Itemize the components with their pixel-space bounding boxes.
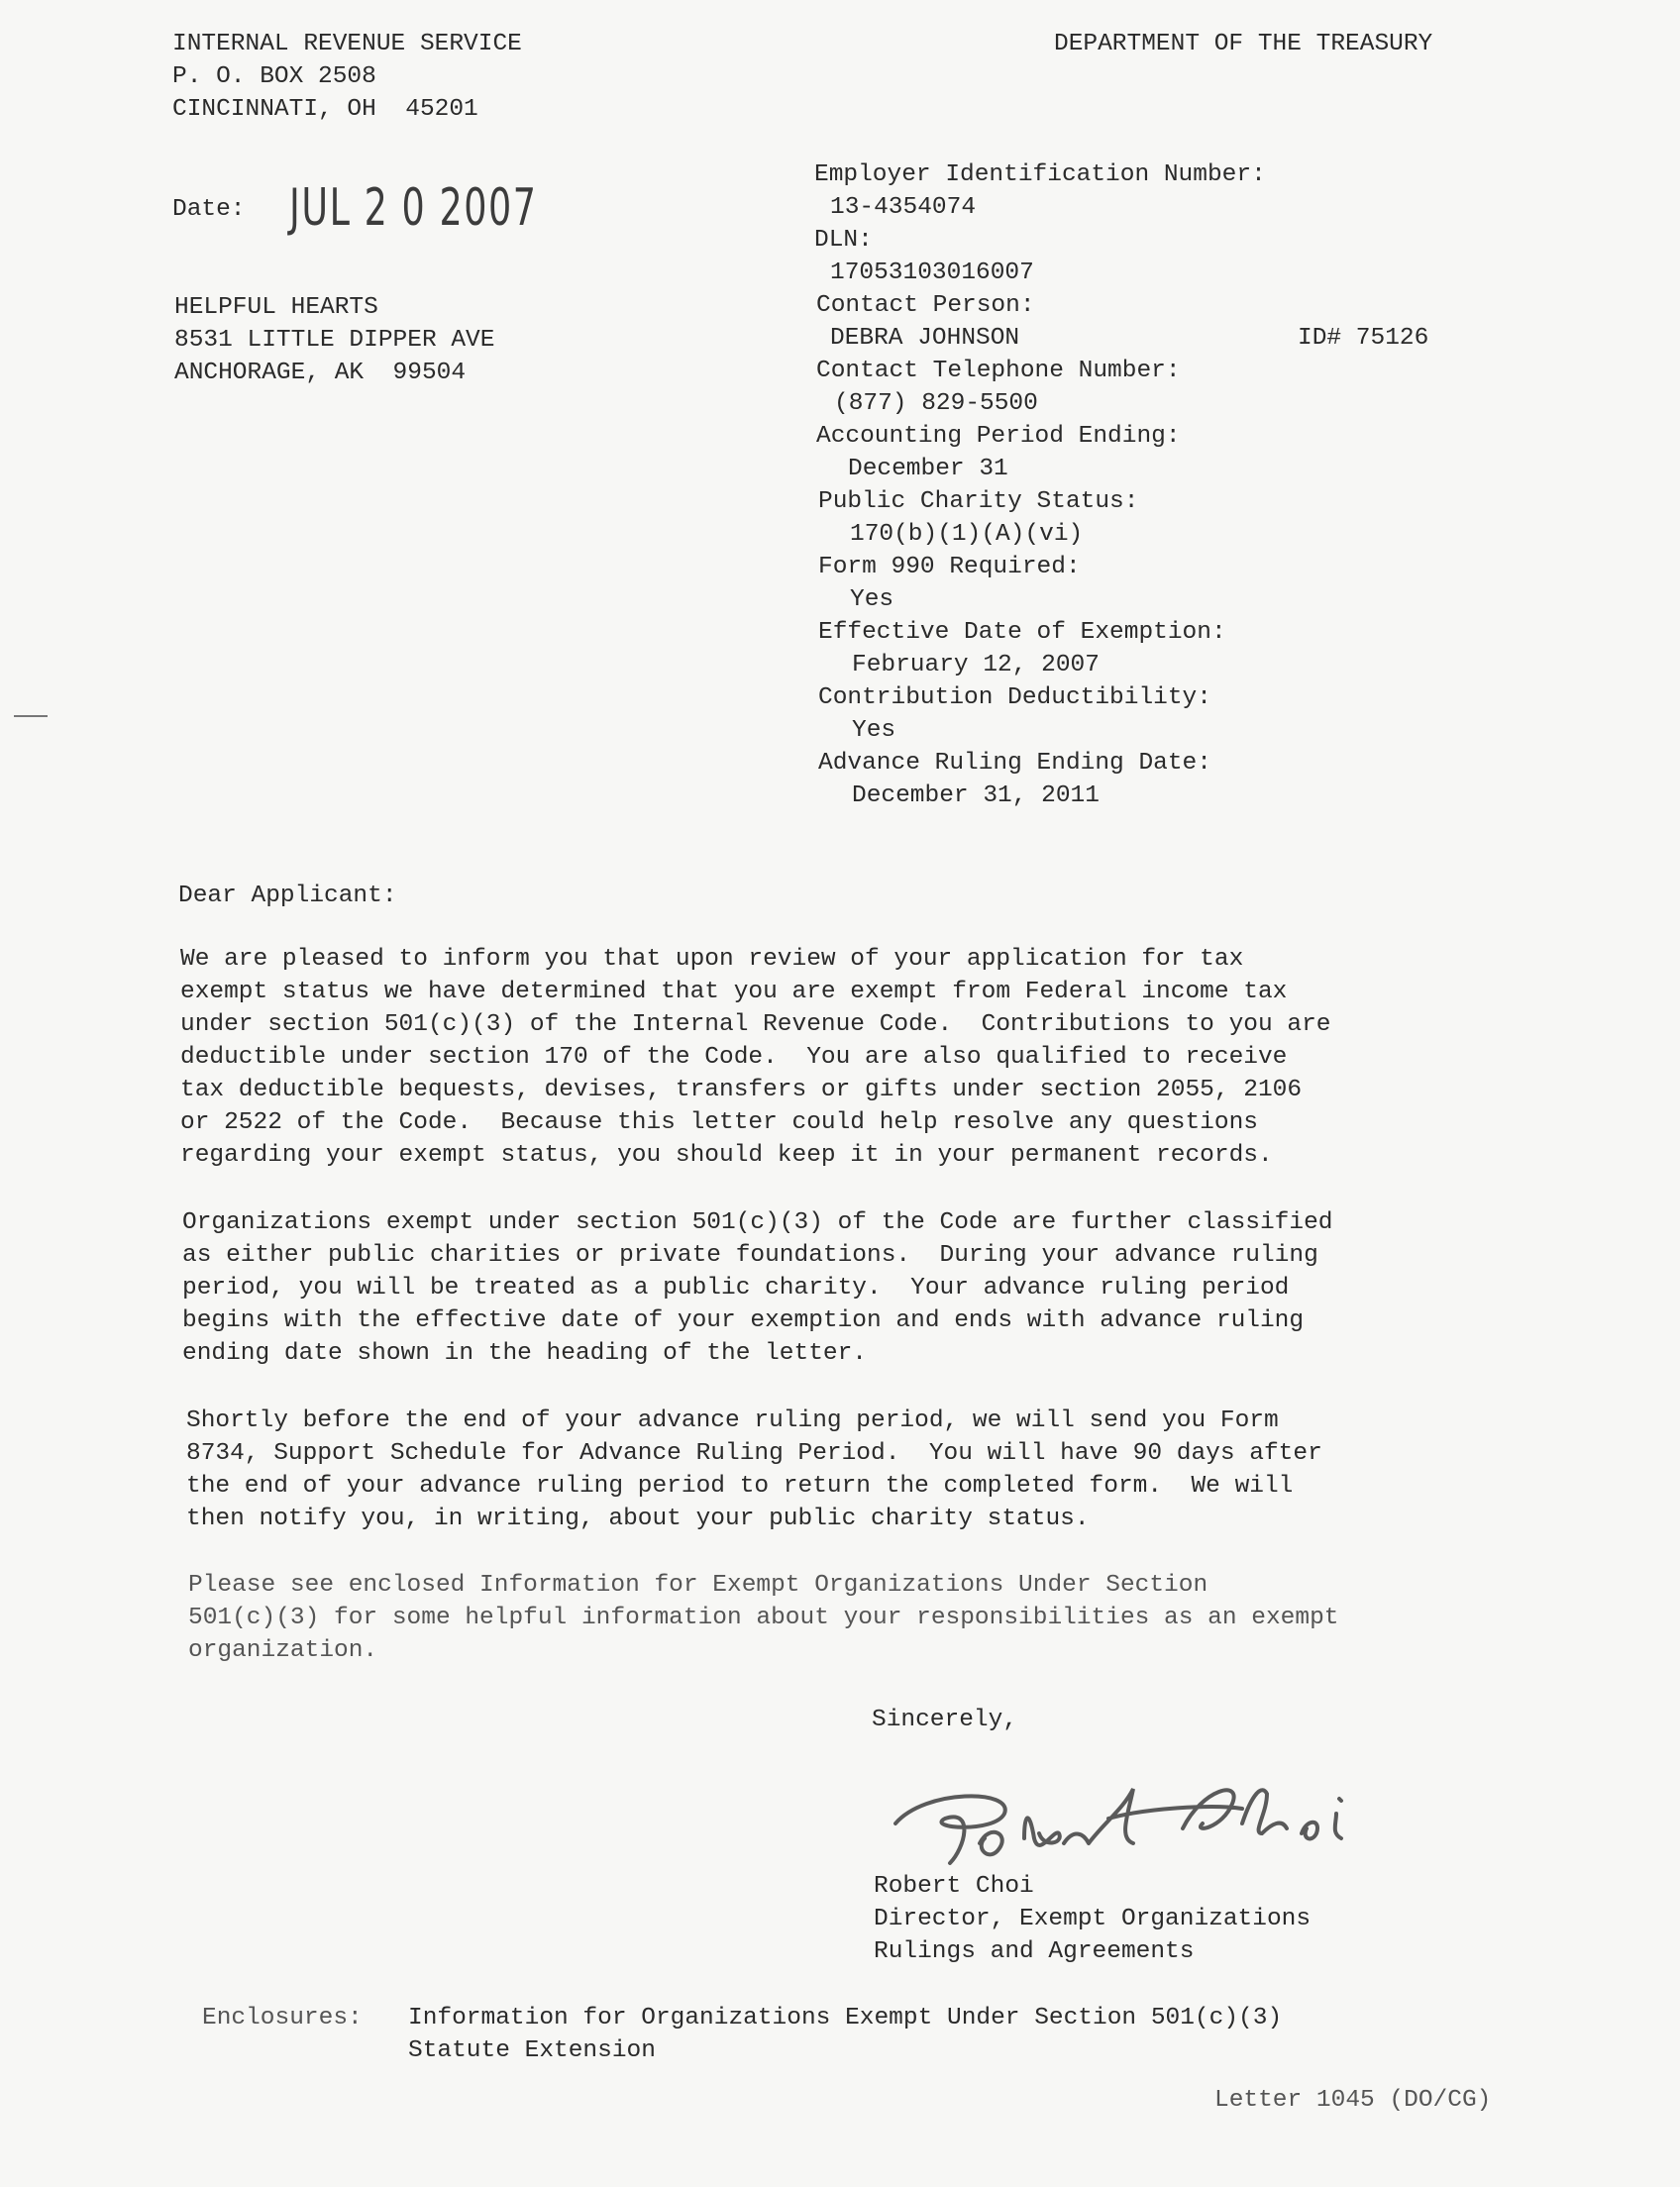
accounting-label: Accounting Period Ending: — [816, 420, 1181, 453]
form990-value: Yes — [850, 583, 893, 616]
ein-label: Employer Identification Number: — [814, 158, 1266, 191]
accounting-value: December 31 — [848, 453, 1008, 485]
body-paragraph: Organizations exempt under section 501(c… — [182, 1206, 1549, 1370]
contact-value: DEBRA JOHNSON — [830, 322, 1019, 355]
department-name: DEPARTMENT OF THE TREASURY — [1054, 28, 1432, 60]
dln-value: 17053103016007 — [830, 257, 1034, 289]
deductibility-value: Yes — [852, 714, 895, 747]
contact-id: ID# 75126 — [1298, 322, 1428, 355]
signer-division: Rulings and Agreements — [874, 1935, 1194, 1968]
recipient-name: HELPFUL HEARTS — [174, 291, 378, 324]
sender-name: INTERNAL REVENUE SERVICE — [172, 28, 522, 60]
signature — [867, 1751, 1402, 1860]
enclosure-item: Statute Extension — [408, 2034, 656, 2067]
valediction: Sincerely, — [872, 1704, 1017, 1736]
letter-code: Letter 1045 (DO/CG) — [1214, 2084, 1491, 2117]
salutation: Dear Applicant: — [178, 880, 397, 912]
advance-ruling-label: Advance Ruling Ending Date: — [818, 747, 1211, 780]
body-paragraph: Please see enclosed Information for Exem… — [188, 1569, 1555, 1667]
scan-mark — [14, 715, 48, 717]
form990-label: Form 990 Required: — [818, 551, 1081, 583]
recipient-street: 8531 LITTLE DIPPER AVE — [174, 324, 494, 357]
signer-name: Robert Choi — [874, 1870, 1034, 1903]
contact-label: Contact Person: — [816, 289, 1035, 322]
body-paragraph: Shortly before the end of your advance r… — [186, 1405, 1553, 1535]
dln-label: DLN: — [814, 224, 873, 257]
body-paragraph: We are pleased to inform you that upon r… — [180, 943, 1547, 1172]
ein-value: 13-4354074 — [830, 191, 976, 224]
enclosure-item: Information for Organizations Exempt Und… — [408, 2002, 1282, 2034]
charity-status-value: 170(b)(1)(A)(vi) — [850, 518, 1083, 551]
deductibility-label: Contribution Deductibility: — [818, 681, 1211, 714]
recipient-city: ANCHORAGE, AK 99504 — [174, 357, 466, 389]
phone-label: Contact Telephone Number: — [816, 355, 1181, 387]
charity-status-label: Public Charity Status: — [818, 485, 1138, 518]
sender-po-box: P. O. BOX 2508 — [172, 60, 376, 93]
signer-title: Director, Exempt Organizations — [874, 1903, 1311, 1935]
date-label: Date: — [172, 193, 246, 226]
date-stamp: JUL 2 0 2007 — [289, 178, 538, 238]
effective-date-label: Effective Date of Exemption: — [818, 616, 1226, 649]
sender-city: CINCINNATI, OH 45201 — [172, 93, 478, 126]
enclosures-label: Enclosures: — [202, 2002, 363, 2034]
phone-value: (877) 829-5500 — [834, 387, 1038, 420]
effective-date-value: February 12, 2007 — [852, 649, 1100, 681]
advance-ruling-value: December 31, 2011 — [852, 780, 1100, 812]
